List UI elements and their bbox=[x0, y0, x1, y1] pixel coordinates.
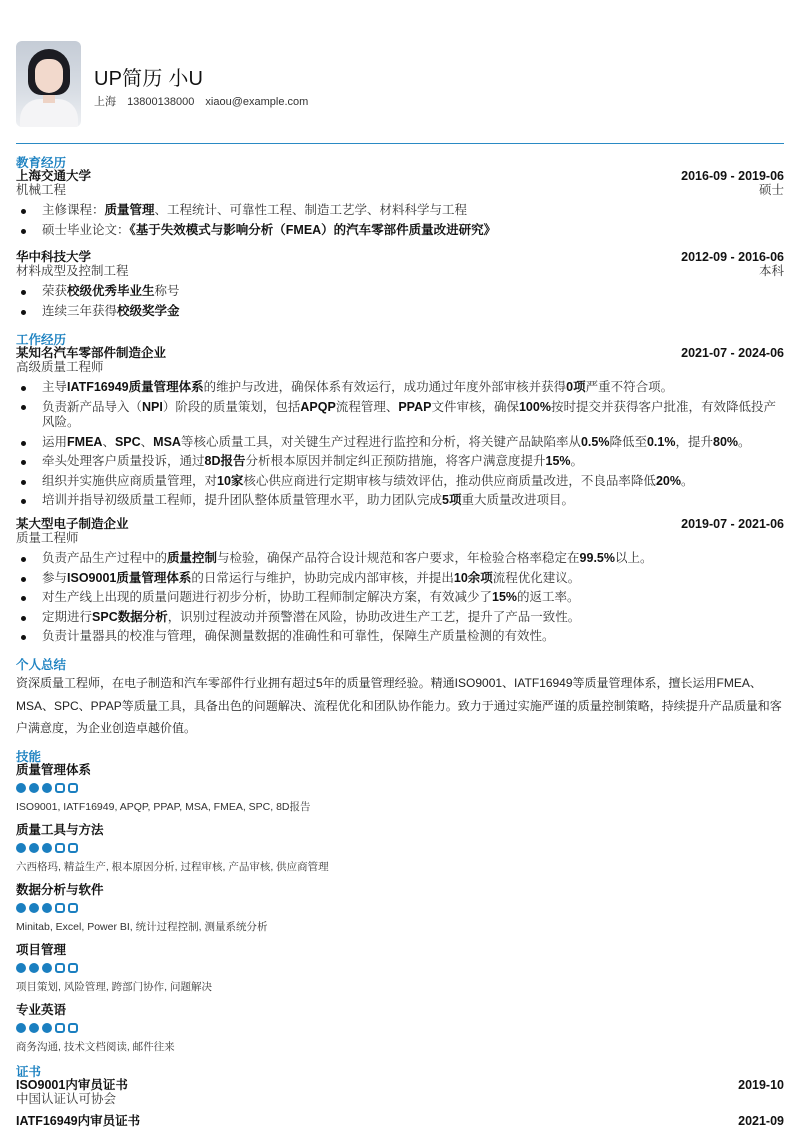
level-dot-empty bbox=[68, 903, 78, 913]
skill-name: 质量工具与方法 bbox=[16, 823, 416, 837]
company-name: 某知名汽车零部件制造企业 bbox=[16, 346, 784, 360]
degree: 本科 bbox=[759, 264, 784, 278]
level-dot-empty bbox=[68, 783, 78, 793]
level-dot-empty bbox=[68, 843, 78, 853]
list-item: 硕士毕业论文：《基于失效模式与影响分析（FMEA）的汽车零部件质量改进研究》 bbox=[16, 221, 784, 241]
contact-info: 上海 13800138000 xiaou@example.com bbox=[94, 93, 316, 109]
skill-level bbox=[16, 783, 416, 793]
level-dot-empty bbox=[55, 843, 65, 853]
work-entry: 某知名汽车零部件制造企业 2021-07 - 2024-06 高级质量工程师 主… bbox=[16, 346, 784, 511]
header-divider bbox=[16, 143, 784, 144]
level-dot-empty bbox=[55, 903, 65, 913]
skill-desc: Minitab, Excel, Power BI, 统计过程控制, 测量系统分析 bbox=[16, 921, 416, 934]
level-dot-filled bbox=[16, 843, 26, 853]
work-date: 2019-07 - 2021-06 bbox=[681, 517, 784, 531]
level-dot-filled bbox=[29, 903, 39, 913]
skill-level bbox=[16, 903, 416, 913]
email[interactable]: xiaou@example.com bbox=[205, 96, 308, 108]
list-item: 培训并指导初级质量工程师，提升团队整体质量管理水平，助力团队完成5项重大质量改进… bbox=[16, 491, 784, 511]
section-title-summary: 个人总结 bbox=[16, 658, 66, 672]
level-dot-empty bbox=[55, 783, 65, 793]
education-date: 2012-09 - 2016-06 bbox=[681, 250, 784, 264]
level-dot-filled bbox=[42, 843, 52, 853]
section-title-work: 工作经历 bbox=[16, 333, 66, 347]
skill-name: 质量管理体系 bbox=[16, 763, 416, 777]
list-item: 参与ISO9001质量管理体系的日常运行与维护，协助完成内部审核，并提出10余项… bbox=[16, 569, 784, 589]
skill-desc: 六西格玛, 精益生产, 根本原因分析, 过程审核, 产品审核, 供应商管理 bbox=[16, 861, 416, 874]
skill-name: 专业英语 bbox=[16, 1003, 416, 1017]
certificate-date: 2019-10 bbox=[738, 1078, 784, 1092]
major: 材料成型及控制工程 bbox=[16, 264, 129, 278]
level-dot-empty bbox=[55, 1023, 65, 1033]
major: 机械工程 bbox=[16, 183, 66, 197]
skill-desc: ISO9001, IATF16949, APQP, PPAP, MSA, FME… bbox=[16, 801, 416, 814]
city: 上海 bbox=[94, 96, 116, 108]
level-dot-filled bbox=[42, 963, 52, 973]
education-date: 2016-09 - 2019-06 bbox=[681, 169, 784, 183]
certificate-name: IATF16949内审员证书 bbox=[16, 1114, 784, 1128]
level-dot-filled bbox=[42, 1023, 52, 1033]
school-name: 华中科技大学 bbox=[16, 250, 784, 264]
skill-item: 质量管理体系 ISO9001, IATF16949, APQP, PPAP, M… bbox=[16, 763, 416, 814]
list-item: 主修课程：质量管理、工程统计、可靠性工程、制造工艺学、材料科学与工程 bbox=[16, 201, 784, 221]
company-name: 某大型电子制造企业 bbox=[16, 517, 784, 531]
resume-header: UP简历 小U 上海 13800138000 xiaou@example.com bbox=[16, 41, 784, 127]
list-item: 对生产线上出现的质量问题进行初步分析，协助工程师制定解决方案，有效减少了15%的… bbox=[16, 588, 784, 608]
profile-photo bbox=[16, 41, 81, 127]
phone: 13800138000 bbox=[127, 96, 194, 108]
level-dot-empty bbox=[68, 963, 78, 973]
list-item: 负责新产品导入（NPI）阶段的质量策划，包括APQP流程管理、PPAP文件审核，… bbox=[16, 398, 784, 433]
level-dot-filled bbox=[29, 963, 39, 973]
skill-name: 数据分析与软件 bbox=[16, 883, 416, 897]
degree: 硕士 bbox=[759, 183, 784, 197]
section-title-certificates: 证书 bbox=[16, 1065, 41, 1079]
level-dot-filled bbox=[29, 843, 39, 853]
level-dot-filled bbox=[29, 1023, 39, 1033]
certificate-date: 2021-09 bbox=[738, 1114, 784, 1128]
work-entry: 某大型电子制造企业 2019-07 - 2021-06 质量工程师 负责产品生产… bbox=[16, 517, 784, 647]
list-item: 定期进行SPC数据分析，识别过程波动并预警潜在风险，协助改进生产工艺，提升了产品… bbox=[16, 608, 784, 628]
skill-item: 项目管理 项目策划, 风险管理, 跨部门协作, 问题解决 bbox=[16, 943, 416, 994]
work-date: 2021-07 - 2024-06 bbox=[681, 346, 784, 360]
list-item: 运用FMEA、SPC、MSA等核心质量工具，对关键生产过程进行监控和分析，将关键… bbox=[16, 433, 784, 453]
skill-desc: 项目策划, 风险管理, 跨部门协作, 问题解决 bbox=[16, 981, 416, 994]
section-title-education: 教育经历 bbox=[16, 156, 66, 170]
list-item: 主导IATF16949质量管理体系的维护与改进，确保体系有效运行，成功通过年度外… bbox=[16, 378, 784, 398]
level-dot-filled bbox=[16, 963, 26, 973]
education-entry: 上海交通大学 2016-09 - 2019-06 机械工程 硕士 主修课程：质量… bbox=[16, 169, 784, 240]
list-item: 荣获校级优秀毕业生称号 bbox=[16, 282, 784, 302]
level-dot-filled bbox=[29, 783, 39, 793]
level-dot-filled bbox=[16, 1023, 26, 1033]
school-name: 上海交通大学 bbox=[16, 169, 784, 183]
summary-text: 资深质量工程师，在电子制造和汽车零部件行业拥有超过5年的质量管理经验。精通ISO… bbox=[16, 672, 784, 740]
level-dot-filled bbox=[16, 783, 26, 793]
candidate-name: UP简历 小U bbox=[94, 62, 203, 91]
level-dot-filled bbox=[42, 783, 52, 793]
level-dot-empty bbox=[68, 1023, 78, 1033]
skill-name: 项目管理 bbox=[16, 943, 416, 957]
level-dot-filled bbox=[42, 903, 52, 913]
list-item: 连续三年获得校级奖学金 bbox=[16, 302, 784, 322]
list-item: 负责计量器具的校准与管理，确保测量数据的准确性和可靠性，保障生产质量检测的有效性… bbox=[16, 627, 784, 647]
job-title: 质量工程师 bbox=[16, 531, 79, 545]
skill-item: 数据分析与软件 Minitab, Excel, Power BI, 统计过程控制… bbox=[16, 883, 416, 934]
section-title-skills: 技能 bbox=[16, 750, 41, 764]
skill-item: 专业英语 商务沟通, 技术文档阅读, 邮件往来 bbox=[16, 1003, 416, 1054]
job-title: 高级质量工程师 bbox=[16, 360, 104, 374]
list-item: 负责产品生产过程中的质量控制与检验，确保产品符合设计规范和客户要求，年检验合格率… bbox=[16, 549, 784, 569]
education-entry: 华中科技大学 2012-09 - 2016-06 材料成型及控制工程 本科 荣获… bbox=[16, 250, 784, 321]
list-item: 组织并实施供应商质量管理，对10家核心供应商进行定期审核与绩效评估，推动供应商质… bbox=[16, 472, 784, 492]
skill-desc: 商务沟通, 技术文档阅读, 邮件往来 bbox=[16, 1041, 416, 1054]
skill-level bbox=[16, 843, 416, 853]
skill-level bbox=[16, 963, 416, 973]
certificate-name: ISO9001内审员证书 bbox=[16, 1078, 784, 1092]
level-dot-empty bbox=[55, 963, 65, 973]
certificate-entry: ISO9001内审员证书 2019-10 中国认证认可协会 bbox=[16, 1078, 784, 1106]
list-item: 牵头处理客户质量投诉，通过8D报告分析根本原因并制定纠正预防措施，将客户满意度提… bbox=[16, 452, 784, 472]
certificate-issuer: 中国认证认可协会 bbox=[16, 1092, 116, 1106]
level-dot-filled bbox=[16, 903, 26, 913]
certificate-entry: IATF16949内审员证书 2021-09 bbox=[16, 1114, 784, 1128]
skill-level bbox=[16, 1023, 416, 1033]
skill-item: 质量工具与方法 六西格玛, 精益生产, 根本原因分析, 过程审核, 产品审核, … bbox=[16, 823, 416, 874]
